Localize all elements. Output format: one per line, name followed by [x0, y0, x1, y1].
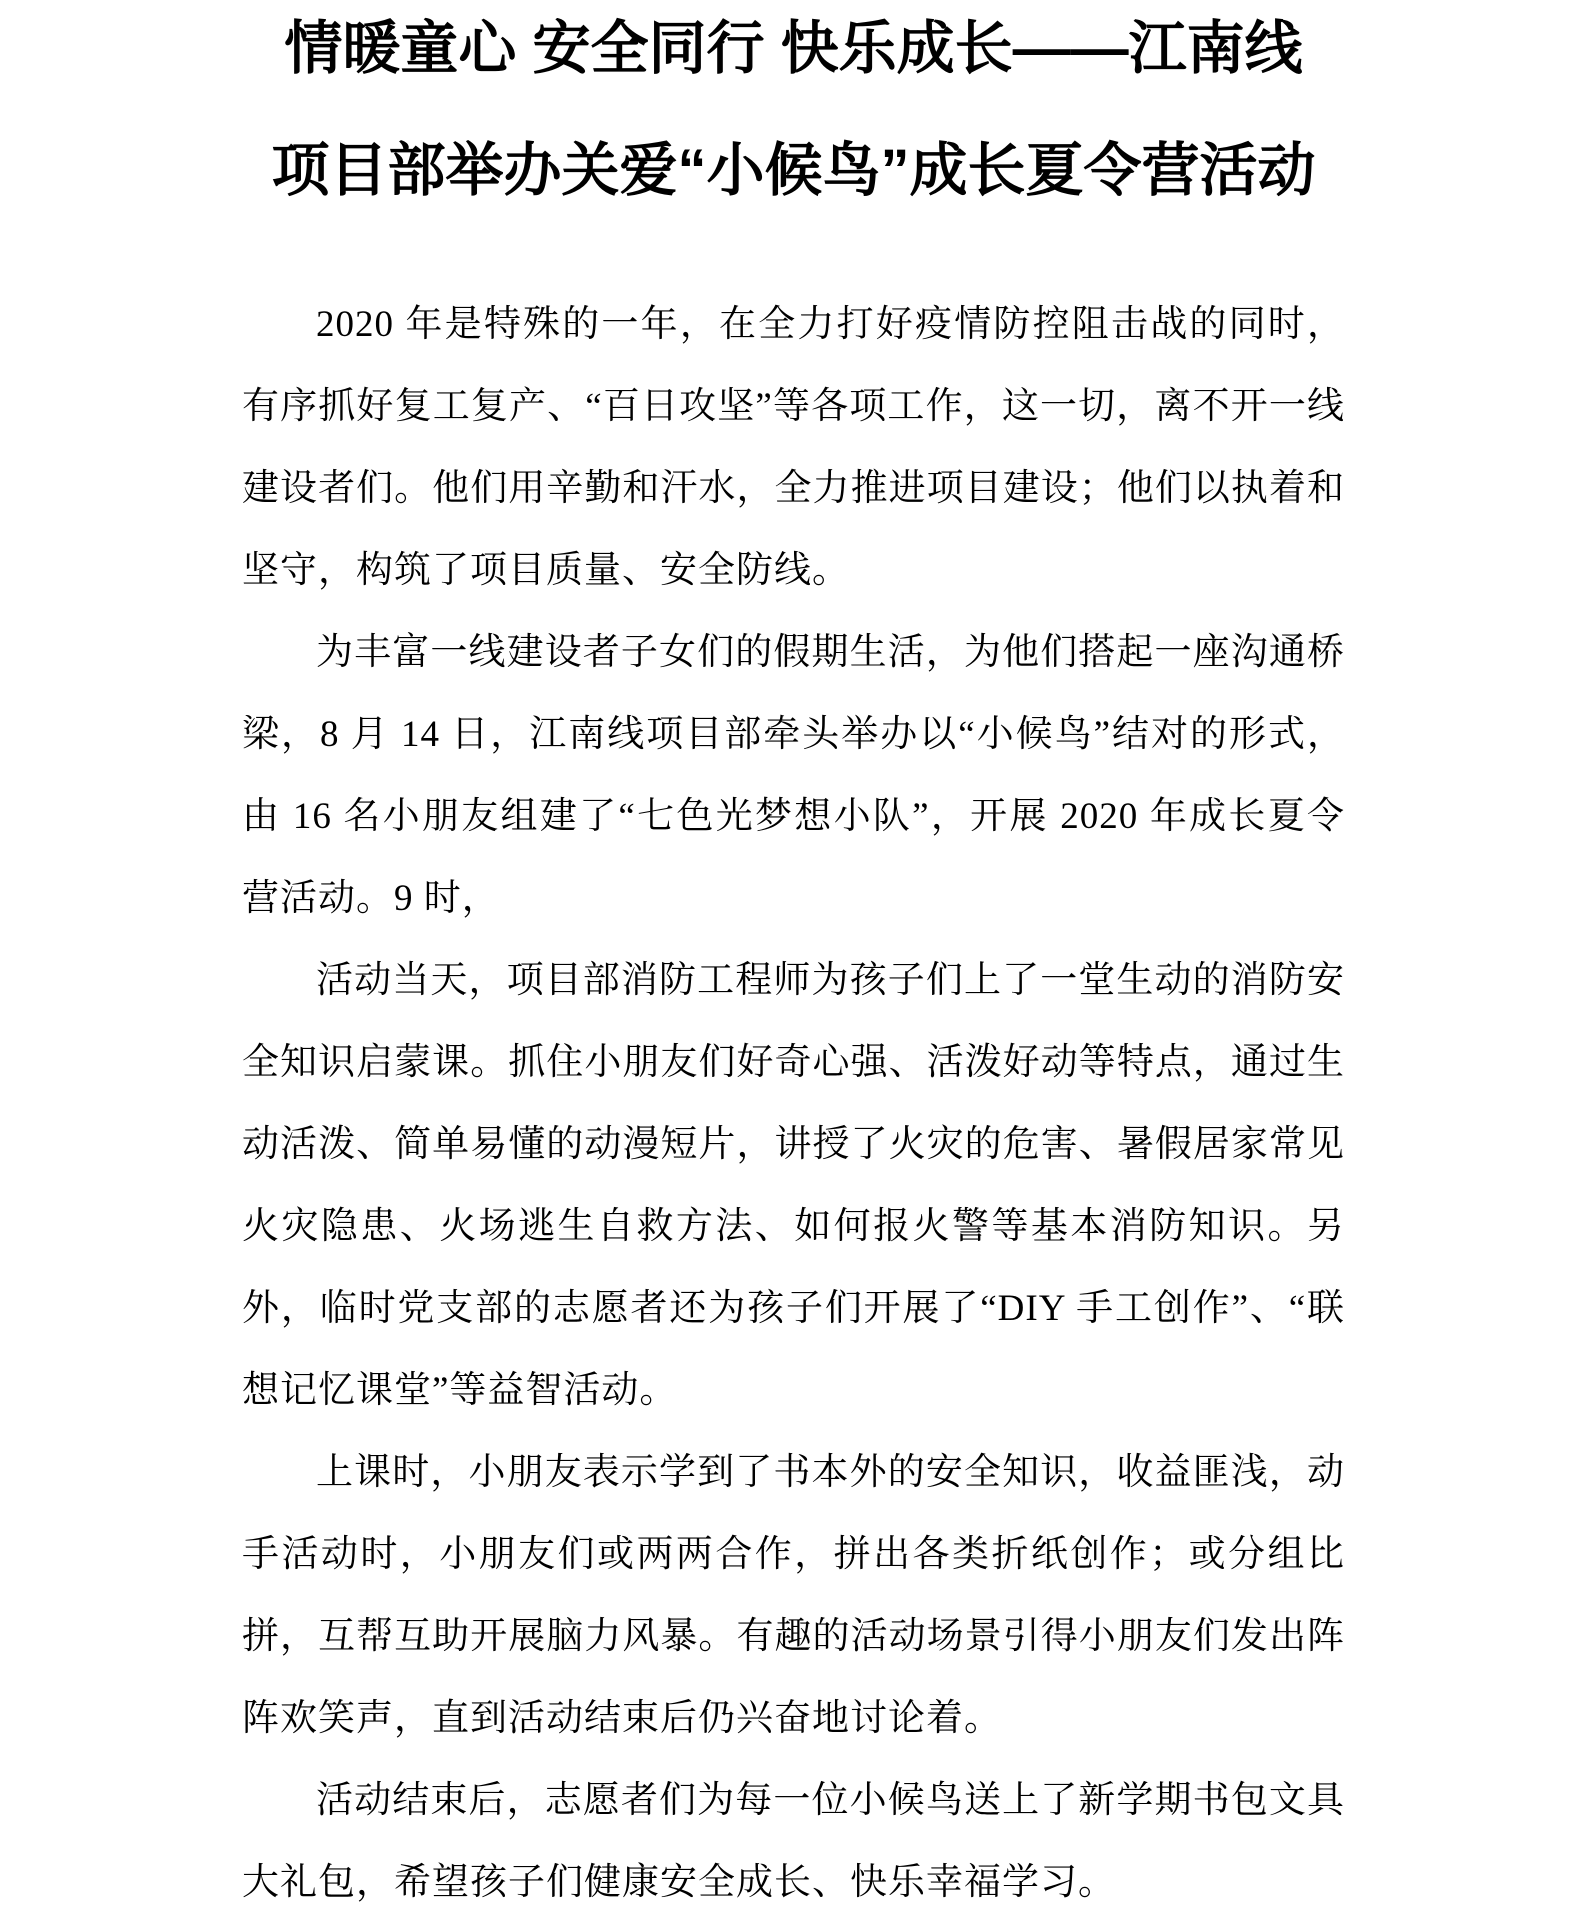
paragraph-2: 为丰富一线建设者子女们的假期生活，为他们搭起一座沟通桥梁，8 月 14 日，江南…: [242, 612, 1345, 940]
article-title-line-2: 项目部举办关爱“小候鸟”成长夏令营活动: [242, 110, 1345, 232]
document-page: 情暖童心 安全同行 快乐成长——江南线 项目部举办关爱“小候鸟”成长夏令营活动 …: [0, 0, 1587, 1917]
paragraph-5: 活动结束后，志愿者们为每一位小候鸟送上了新学期书包文具大礼包，希望孩子们健康安全…: [242, 1760, 1345, 1917]
article-title-line-1: 情暖童心 安全同行 快乐成长——江南线: [242, 0, 1345, 110]
paragraph-1: 2020 年是特殊的一年，在全力打好疫情防控阻击战的同时，有序抓好复工复产、“百…: [242, 284, 1345, 612]
paragraph-4: 上课时，小朋友表示学到了书本外的安全知识，收益匪浅，动手活动时，小朋友们或两两合…: [242, 1432, 1345, 1760]
paragraph-3: 活动当天，项目部消防工程师为孩子们上了一堂生动的消防安全知识启蒙课。抓住小朋友们…: [242, 940, 1345, 1432]
article-body: 2020 年是特殊的一年，在全力打好疫情防控阻击战的同时，有序抓好复工复产、“百…: [242, 284, 1345, 1917]
article-title: 情暖童心 安全同行 快乐成长——江南线 项目部举办关爱“小候鸟”成长夏令营活动: [242, 0, 1345, 232]
